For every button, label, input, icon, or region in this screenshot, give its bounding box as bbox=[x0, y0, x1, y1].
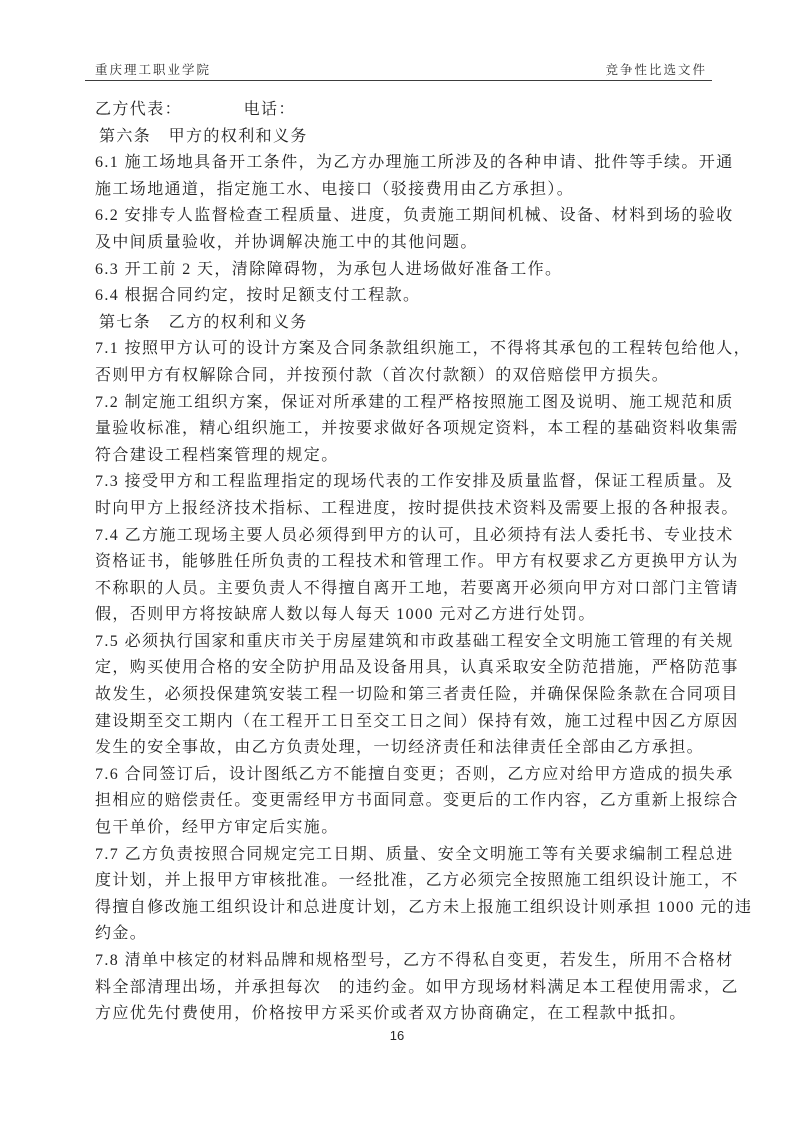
document-line: 7.6 合同签订后，设计图纸乙方不能擅自变更；否则，乙方应对给甲方造成的损失承 bbox=[95, 762, 709, 789]
document-line: 7.8 清单中核定的材料品牌和规格型号，乙方不得私自变更，若发生，所用不合格材 bbox=[95, 948, 709, 975]
document-line: 时向甲方上报经济技术指标、工程进度，按时提供技术资料及需要上报的各种报表。 bbox=[95, 496, 709, 523]
document-line: 6.4 根据合同约定，按时足额支付工程款。 bbox=[95, 283, 709, 310]
page-number: 16 bbox=[390, 1028, 404, 1043]
document-line: 量验收标准，精心组织施工，并按要求做好各项规定资料，本工程的基础资料收集需 bbox=[95, 416, 709, 443]
document-line: 度计划，并上报甲方审核批准。一经批准，乙方必须完全按照施工组织设计施工，不 bbox=[95, 868, 709, 895]
header-org-name: 重庆理工职业学院 bbox=[95, 60, 211, 78]
page-header: 重庆理工职业学院 竞争性比选文件 bbox=[95, 60, 707, 78]
document-line: 乙方代表： 电话： bbox=[95, 97, 709, 124]
document-line: 约金。 bbox=[95, 921, 709, 948]
document-line: 6.2 安排专人监督检查工程质量、进度，负责施工期间机械、设备、材料到场的验收 bbox=[95, 203, 709, 230]
document-line: 不称职的人员。主要负责人不得擅自离开工地，若要离开必须向甲方对口部门主管请 bbox=[95, 576, 709, 603]
page-footer: 16 bbox=[0, 1028, 794, 1043]
document-line: 否则甲方有权解除合同，并按预付款（首次付款额）的双倍赔偿甲方损失。 bbox=[95, 363, 709, 390]
document-line: 及中间质量验收，并协调解决施工中的其他问题。 bbox=[95, 230, 709, 257]
document-body: 乙方代表： 电话：第六条 甲方的权利和义务6.1 施工场地具备开工条件，为乙方办… bbox=[95, 97, 709, 1028]
header-doc-type: 竞争性比选文件 bbox=[605, 60, 707, 78]
document-page: 重庆理工职业学院 竞争性比选文件 乙方代表： 电话：第六条 甲方的权利和义务6.… bbox=[0, 0, 794, 1122]
document-line: 方应优先付费使用，价格按甲方采买价或者双方协商确定，在工程款中抵扣。 bbox=[95, 1001, 709, 1028]
section-heading-line: 第六条 甲方的权利和义务 bbox=[95, 124, 709, 151]
document-line: 担相应的赔偿责任。变更需经甲方书面同意。变更后的工作内容，乙方重新上报综合 bbox=[95, 788, 709, 815]
document-line: 故发生，必须投保建筑安装工程一切险和第三者责任险，并确保保险条款在合同项目 bbox=[95, 682, 709, 709]
document-line: 7.2 制定施工组织方案，保证对所承建的工程严格按照施工图及说明、施工规范和质 bbox=[95, 390, 709, 417]
document-line: 7.4 乙方施工现场主要人员必须得到甲方的认可，且必须持有法人委托书、专业技术 bbox=[95, 523, 709, 550]
document-line: 建设期至交工期内（在工程开工日至交工日之间）保持有效，施工过程中因乙方原因 bbox=[95, 709, 709, 736]
document-line: 包干单价，经甲方审定后实施。 bbox=[95, 815, 709, 842]
header-rule bbox=[85, 80, 712, 81]
document-line: 7.1 按照甲方认可的设计方案及合同条款组织施工，不得将其承包的工程转包给他人， bbox=[95, 336, 709, 363]
document-line: 符合建设工程档案管理的规定。 bbox=[95, 443, 709, 470]
document-line: 6.3 开工前 2 天，清除障碍物，为承包人进场做好准备工作。 bbox=[95, 257, 709, 284]
document-line: 7.7 乙方负责按照合同规定完工日期、质量、安全文明施工等有关要求编制工程总进 bbox=[95, 842, 709, 869]
document-line: 7.5 必须执行国家和重庆市关于房屋建筑和市政基础工程安全文明施工管理的有关规 bbox=[95, 629, 709, 656]
document-line: 发生的安全事故，由乙方负责处理，一切经济责任和法律责任全部由乙方承担。 bbox=[95, 735, 709, 762]
document-line: 施工场地通道，指定施工水、电接口（驳接费用由乙方承担）。 bbox=[95, 177, 709, 204]
document-line: 6.1 施工场地具备开工条件，为乙方办理施工所涉及的各种申请、批件等手续。开通 bbox=[95, 150, 709, 177]
document-line: 假，否则甲方将按缺席人数以每人每天 1000 元对乙方进行处罚。 bbox=[95, 602, 709, 629]
document-line: 资格证书，能够胜任所负责的工程技术和管理工作。甲方有权要求乙方更换甲方认为 bbox=[95, 549, 709, 576]
section-heading-line: 第七条 乙方的权利和义务 bbox=[95, 310, 709, 337]
document-line: 定，购买使用合格的安全防护用品及设备用具，认真采取安全防范措施，严格防范事 bbox=[95, 655, 709, 682]
document-line: 7.3 接受甲方和工程监理指定的现场代表的工作安排及质量监督，保证工程质量。及 bbox=[95, 469, 709, 496]
document-line: 料全部清理出场，并承担每次 的违约金。如甲方现场材料满足本工程使用需求，乙 bbox=[95, 975, 709, 1002]
document-line: 得擅自修改施工组织设计和总进度计划，乙方未上报施工组织设计则承担 1000 元的… bbox=[95, 895, 709, 922]
